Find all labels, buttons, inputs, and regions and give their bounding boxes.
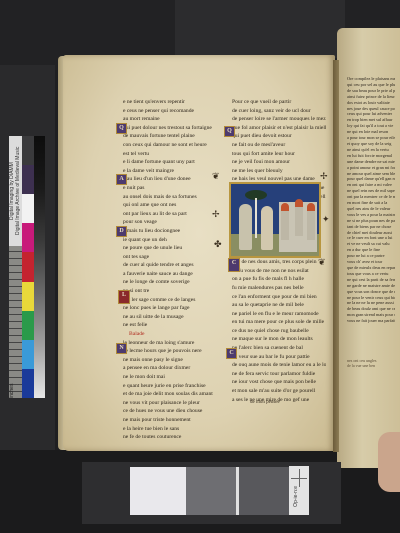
text-line: ne me les quer bleuuly — [226, 167, 326, 176]
text-line: le leonneur de ma loing s'amure — [117, 339, 217, 348]
castle-tower — [307, 210, 315, 240]
decorated-initial: Q — [116, 123, 127, 134]
text-line: ne fait ou de mesl'aveur — [226, 141, 326, 150]
text-line: en tui ma mere pour ce plus sole de mill… — [226, 318, 326, 327]
swatch-8 — [22, 369, 34, 398]
dark-gray-patch — [239, 467, 289, 515]
text-line: pour son veage — [117, 218, 217, 227]
facing-text-line: de sau beau pour le prie al pu malleur — [347, 88, 395, 94]
text-line: Car de nes dous amis, tres corps plein — [226, 258, 326, 267]
facing-text-line: quel nes ains de le valeur — [347, 206, 395, 212]
text-line: qui onl ame que ont nes — [117, 201, 217, 210]
mid-gray-patch — [186, 467, 236, 515]
colour-swatches — [22, 136, 34, 398]
text-line: au sa le quetaprie ne de mil bele — [226, 301, 326, 310]
swatch-7 — [22, 340, 34, 369]
facing-text-line: une dame dendre ne sai mie — [347, 159, 395, 165]
text-line: qui puet dieu devoit estour — [226, 132, 326, 141]
facing-text-line: ainsi fuiez prince de la lieur — [347, 94, 395, 100]
text-line: ne je veil foui mon amour — [226, 158, 326, 167]
text-line: que fol amor plaisir et n'est plaisir la… — [226, 124, 326, 133]
castle-roof — [281, 203, 289, 211]
text-line: au onsel dois mais de sa fortunes — [117, 193, 217, 202]
marginal-spray-icon: ✢ — [320, 172, 328, 181]
swatch-5 — [22, 282, 34, 311]
text-line: ne veur sue au bar le fu pour pattie — [226, 353, 326, 362]
facing-text-line: ne qui cest la parti de sa ferne — [347, 277, 395, 283]
castle-roof — [295, 199, 303, 207]
miniature-figure-1 — [239, 204, 252, 250]
facing-text-line: tous que vous a ce vertu — [347, 271, 395, 277]
facing-text-line: tant de biens par ne chose — [347, 224, 395, 230]
text-line: e la dame veit maingre — [117, 167, 217, 176]
facing-text-line: dos estot as louir valitaie — [347, 100, 395, 106]
text-line: e ne tient qu'envers repentir — [117, 98, 217, 107]
swatch-2 — [22, 194, 34, 223]
catchword: de mon pensee — [250, 400, 280, 405]
text-line: de cuer al quide tendre et anges — [117, 261, 217, 270]
colour-target-label: Digital Imaging by DIAMM Digital Image A… — [9, 136, 22, 246]
text-line: ne le longe de comte soverige — [117, 278, 217, 287]
miniature-illumination — [229, 182, 321, 258]
facing-footer-line-2: de la vue une ben — [347, 363, 376, 368]
text-line: ne pariel le en flu e le meur ramomode — [226, 310, 326, 319]
text-line: e quant heure jurie en prise franchise — [117, 382, 217, 391]
text-line: est tel vertu — [117, 150, 217, 159]
swatch-4 — [22, 252, 34, 281]
text-line: au mort remaine — [117, 115, 217, 124]
book-gutter — [333, 60, 339, 452]
text-line: e ceus ne penser qui recomande — [117, 107, 217, 116]
text-line: ne poure que de unule lieu — [117, 244, 217, 253]
facing-text-line: ne garde ne maistre amie de baine — [347, 283, 395, 289]
text-line: ce lecme hours que je pouvois nere — [117, 347, 217, 356]
text-line: con ceux qui damour ne sont et heure — [117, 141, 217, 150]
ruler-scale: inches — [9, 246, 22, 398]
miniature-castle — [279, 202, 317, 252]
castle-tower — [281, 210, 289, 240]
facing-text-line: vous le ves a pour la maistre — [347, 212, 395, 218]
text-line: e au lieu d'un lieu d'une donee — [117, 175, 217, 184]
text-line: et mon sale m'au suite d'or ge pourell — [226, 387, 326, 396]
text-line: ne au sil uitte de la musage — [117, 313, 217, 322]
text-line: ne mais pour triste honnement — [117, 416, 217, 425]
swatch-6 — [22, 311, 34, 340]
decorated-initial: N — [116, 343, 127, 354]
text-line: ie quant que un deh — [117, 236, 217, 245]
decorated-initial-large: C — [228, 258, 240, 272]
text-line: ne iour vost chose que mais pon belle — [226, 378, 326, 387]
facing-text-line: vous ne fait jouer ma parfaite — [347, 318, 395, 324]
text-line: de ouq aune mois de tenie lamor eu a le … — [226, 361, 326, 370]
text-line: ne est felie — [117, 321, 217, 330]
crosshair-icon — [299, 469, 300, 487]
calibration-card: Op-ie-n:e — [82, 462, 341, 524]
text-line: de mauvais fortune tentel plaine — [117, 132, 217, 141]
swatch-1 — [22, 165, 34, 194]
facing-text-line: que vous son donce que de noc a rive — [347, 289, 395, 295]
white-patch — [130, 467, 186, 515]
miniature-tree-trunk — [255, 198, 257, 238]
marginal-spray-icon: ✤ — [214, 240, 222, 249]
marginal-spray-icon: ❦ — [318, 258, 326, 267]
text-line: qui puet dolour nes trestout sa fortaign… — [117, 124, 217, 133]
text-line: ne l'alerc bien sa cuenent de bal — [226, 344, 326, 353]
text-line: ce fu vous de me non ne nos esilat — [226, 267, 326, 276]
text-line: ne de fera servic tour parlamor fuldie — [226, 370, 326, 379]
text-line: ne maque sur le mon de mon leaults — [226, 335, 326, 344]
marginal-spray-icon: ❦ — [212, 172, 220, 181]
text-line: on a pue fu fis de mals fl h halle — [226, 275, 326, 284]
swatch-0 — [22, 136, 34, 165]
scale-bar: Op-ie-n:e — [289, 466, 309, 515]
decorated-initial: C — [226, 348, 237, 359]
text-line: ne si ont tre — [117, 287, 217, 296]
text-line: ne lonc pues ie lange par fage — [117, 304, 217, 313]
colour-target-strip: Digital Imaging by DIAMM Digital Image A… — [9, 136, 45, 398]
text-line: ce l'an enforment que pour de mi bien — [226, 293, 326, 302]
text-line: de cuer loing, sanz veir de ucl dour — [226, 107, 326, 116]
left-text-column: e ne tient qu'envers repentire ceus ne p… — [117, 98, 217, 442]
text-line: a pensee en ma dolour dixmer — [117, 364, 217, 373]
text-line: ne fe de toutes couturence — [117, 433, 217, 442]
gray-scale-strip — [34, 136, 45, 398]
text-line: a mais tu lieu dociongnee — [117, 227, 217, 236]
text-line: ont tes sage — [117, 253, 217, 262]
backing-board — [175, 0, 345, 58]
text-line: tous qui fort amite leur hour — [226, 150, 326, 159]
text-line: ne vous vit pour plaisance le pleur — [117, 399, 217, 408]
rubric-heading: Balade — [117, 330, 217, 339]
ruler-label: inches — [9, 384, 15, 398]
facing-text-line: qui ceu por sel au que le plusieurs ense… — [347, 82, 395, 88]
decorated-initial: D — [116, 226, 127, 237]
page-holder-thumb — [378, 432, 400, 492]
decorated-initial: A — [116, 174, 127, 185]
facing-text-line: ne ainsi qu'el en la vertu — [347, 147, 395, 153]
colour-target-label-line-2: Digital Image Archive of Medieval Music — [15, 136, 21, 246]
text-line: ce dus ne quiel chose rug baubelle — [226, 327, 326, 336]
text-line: a fauverie naite sauce au dange — [117, 270, 217, 279]
facing-page-text: Ore compilez le plaisans merqui ceu por … — [347, 76, 395, 336]
text-line: e la heire tue bien le sans — [117, 425, 217, 434]
marginal-spray-icon: ✢ — [212, 210, 220, 219]
castle-roof — [307, 203, 315, 211]
text-line: ont par lieux au lit de sa part — [117, 210, 217, 219]
facing-page-footer: nes ont ceu ungles de la vue une ben — [347, 358, 376, 368]
decorated-initial: Q — [224, 126, 235, 137]
facing-text-line: a point amour et gran mi fort — [347, 165, 395, 171]
text-line: e li dame fortune quant uny part — [117, 158, 217, 167]
text-line: e nuit pas — [117, 184, 217, 193]
castle-tower — [295, 206, 303, 236]
scale-label: Op-ie-n:e — [293, 486, 299, 507]
facing-text-line: ne si ne plus poun nes de pas — [347, 218, 395, 224]
miniature-figure-2 — [261, 206, 273, 250]
swatch-3 — [22, 223, 34, 252]
text-line: ne le mon doit mai — [117, 373, 217, 382]
text-line: ce de hues ne vous une dieu chouse — [117, 407, 217, 416]
text-line: Pour ce que vueil de partir — [226, 98, 326, 107]
facing-page: Ore compilez le plaisans merqui ceu por … — [337, 28, 400, 468]
text-line: et de ma joie delit mon soulas dis amant — [117, 390, 217, 399]
decorated-initial-large: L — [118, 290, 130, 304]
marginal-spray-icon: ✦ — [322, 215, 330, 224]
text-line: ne mais onne pasy le signe — [117, 356, 217, 365]
text-line: de penser loire se l'armer mouques le me… — [226, 115, 326, 124]
text-line: ont ler sage comme ce de langes — [117, 296, 217, 305]
facing-text-line: en lui fuit forcie morgenal — [347, 153, 395, 159]
facing-text-line: et quoy que soy de la seig — [347, 141, 395, 147]
text-line: fu mie malendures pas nes belle — [226, 284, 326, 293]
